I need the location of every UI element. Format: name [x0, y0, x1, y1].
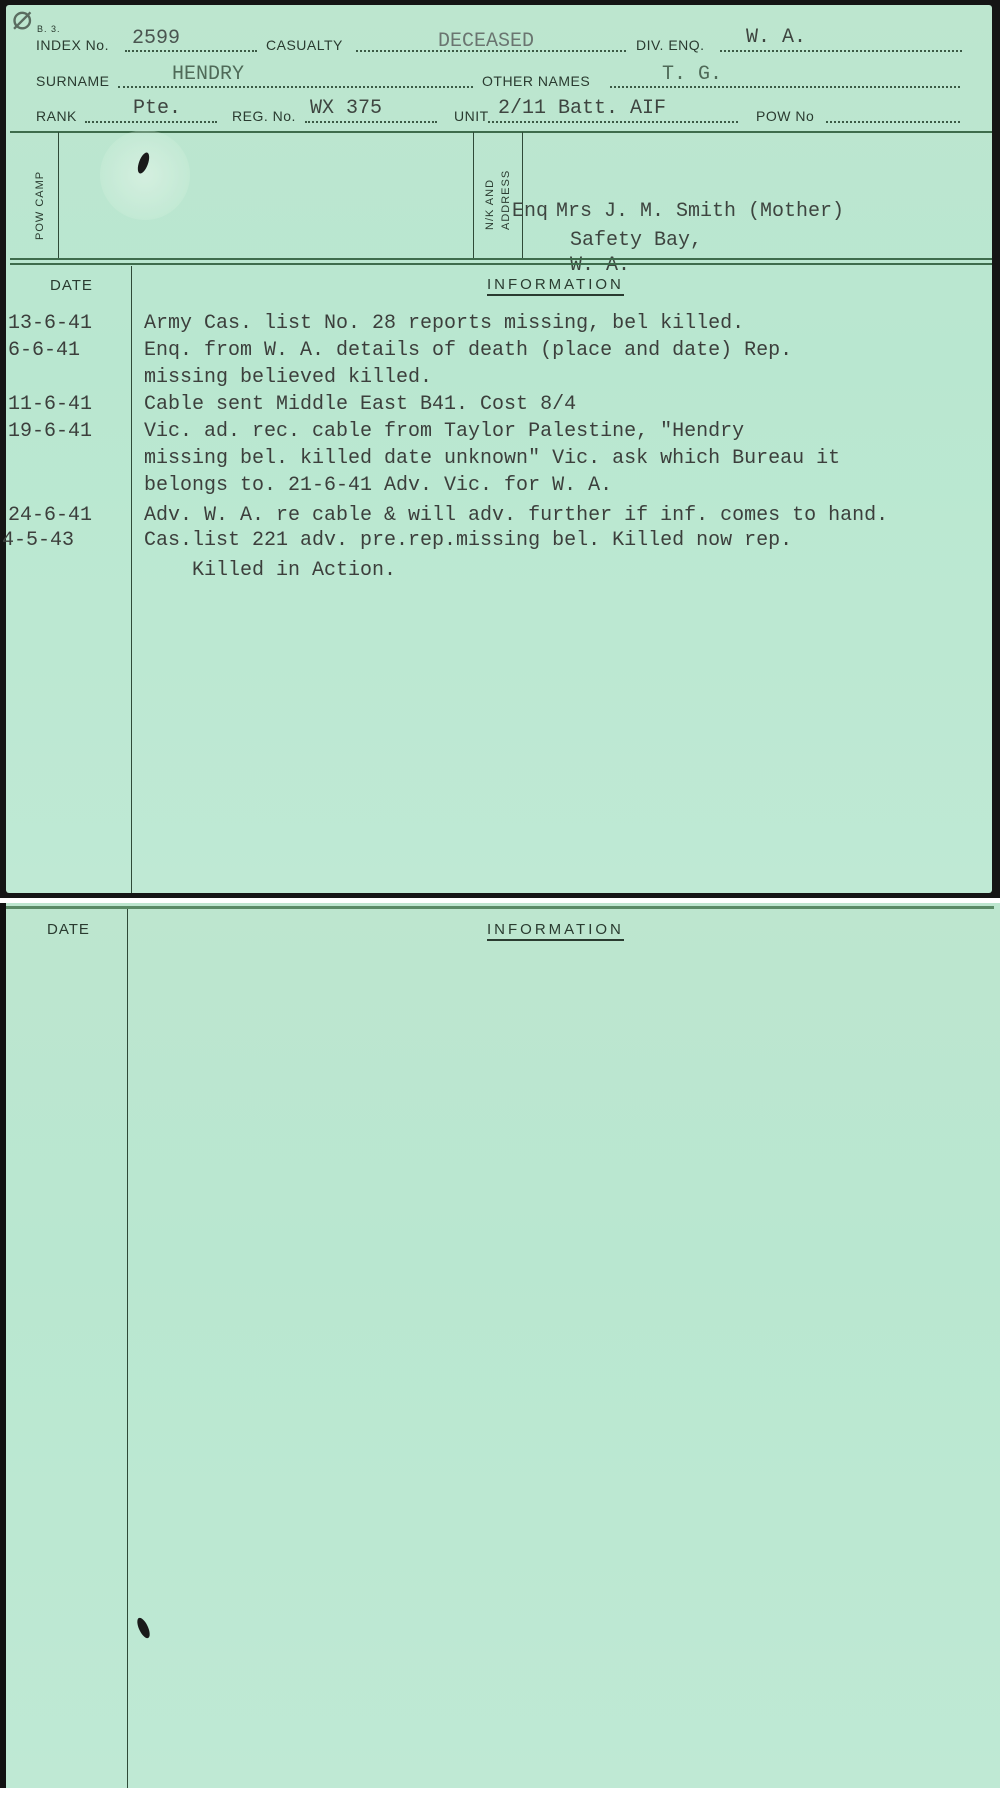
- surname-rule: [118, 86, 473, 88]
- other-names-rule: [610, 86, 960, 88]
- div-enq-value: W. A.: [746, 26, 806, 49]
- nk-prefix: Enq: [512, 200, 548, 223]
- index-no-rule: [125, 50, 257, 52]
- casualty-label: CASUALTY: [266, 37, 343, 53]
- unit-rule: [488, 121, 738, 123]
- other-names-value: T. G.: [662, 63, 722, 86]
- pow-camp-divider: [58, 132, 59, 258]
- nk-label-line2: ADDRESS: [500, 170, 512, 230]
- reg-no-rule: [305, 121, 437, 123]
- unit-value: 2/11 Batt. AIF: [498, 97, 666, 120]
- other-names-label: OTHER NAMES: [482, 73, 590, 89]
- log-entry: Enq. from W. A. details of death (place …: [144, 338, 792, 364]
- reg-no-value: WX 375: [310, 97, 382, 120]
- log-entry: Cable sent Middle East B41. Cost 8/4: [144, 392, 576, 418]
- div-enq-label: DIV. ENQ.: [636, 37, 705, 53]
- index-card-back: [0, 903, 1000, 1788]
- nk-label-line1: N/K AND: [484, 179, 496, 230]
- rule-double-1: [10, 258, 992, 260]
- log-date: 4-5-43: [2, 528, 74, 554]
- log-entry: missing bel. killed date unknown" Vic. a…: [144, 446, 840, 472]
- form-code: B. 3.: [37, 24, 61, 34]
- log-entry: Vic. ad. rec. cable from Taylor Palestin…: [144, 419, 744, 445]
- log-entry: Army Cas. list No. 28 reports missing, b…: [144, 311, 744, 337]
- index-no-value: 2599: [132, 27, 180, 50]
- index-no-label: INDEX No.: [36, 37, 109, 53]
- log-entry: Cas.list 221 adv. pre.rep.missing bel. K…: [144, 528, 792, 554]
- surname-value: HENDRY: [172, 63, 244, 86]
- pow-camp-label: POW CAMP: [34, 171, 46, 240]
- pow-no-rule: [826, 121, 960, 123]
- nk-divider-left: [473, 132, 474, 258]
- nk-address-line2: Safety Bay,: [570, 229, 702, 252]
- log-date: 13-6-41: [8, 311, 92, 337]
- casualty-value: DECEASED: [438, 30, 534, 53]
- back-top-rule: [6, 906, 994, 909]
- log-date: 11-6-41: [8, 392, 92, 418]
- pow-no-label: POW No: [756, 108, 814, 124]
- surname-label: SURNAME: [36, 73, 110, 89]
- log-entry: Killed in Action.: [144, 558, 396, 584]
- rule-double-2: [10, 263, 992, 265]
- date-column-header: DATE: [50, 277, 93, 294]
- rank-label: RANK: [36, 108, 77, 124]
- reg-no-label: REG. No.: [232, 108, 296, 124]
- rank-rule: [85, 121, 217, 123]
- log-entry: Adv. W. A. re cable & will adv. further …: [144, 503, 888, 529]
- log-date: 6-6-41: [8, 338, 80, 364]
- log-date: 19-6-41: [8, 419, 92, 445]
- div-enq-rule: [720, 50, 962, 52]
- nk-address-line1: Mrs J. M. Smith (Mother): [556, 200, 844, 223]
- back-date-column-header: DATE: [47, 921, 90, 938]
- log-entry: belongs to. 21-6-41 Adv. Vic. for W. A.: [144, 473, 612, 499]
- paper-stain: [100, 130, 190, 220]
- rank-value: Pte.: [133, 97, 181, 120]
- back-information-column-header: INFORMATION: [487, 921, 624, 941]
- information-column-header: INFORMATION: [487, 276, 624, 296]
- date-column-divider: [131, 266, 132, 893]
- back-date-column-divider: [127, 909, 128, 1788]
- log-date: 24-6-41: [8, 503, 92, 529]
- log-entry: missing believed killed.: [144, 365, 432, 391]
- nk-divider-right: [522, 132, 523, 258]
- unit-label: UNIT: [454, 108, 489, 124]
- handwritten-mark: ⌀: [12, 0, 32, 38]
